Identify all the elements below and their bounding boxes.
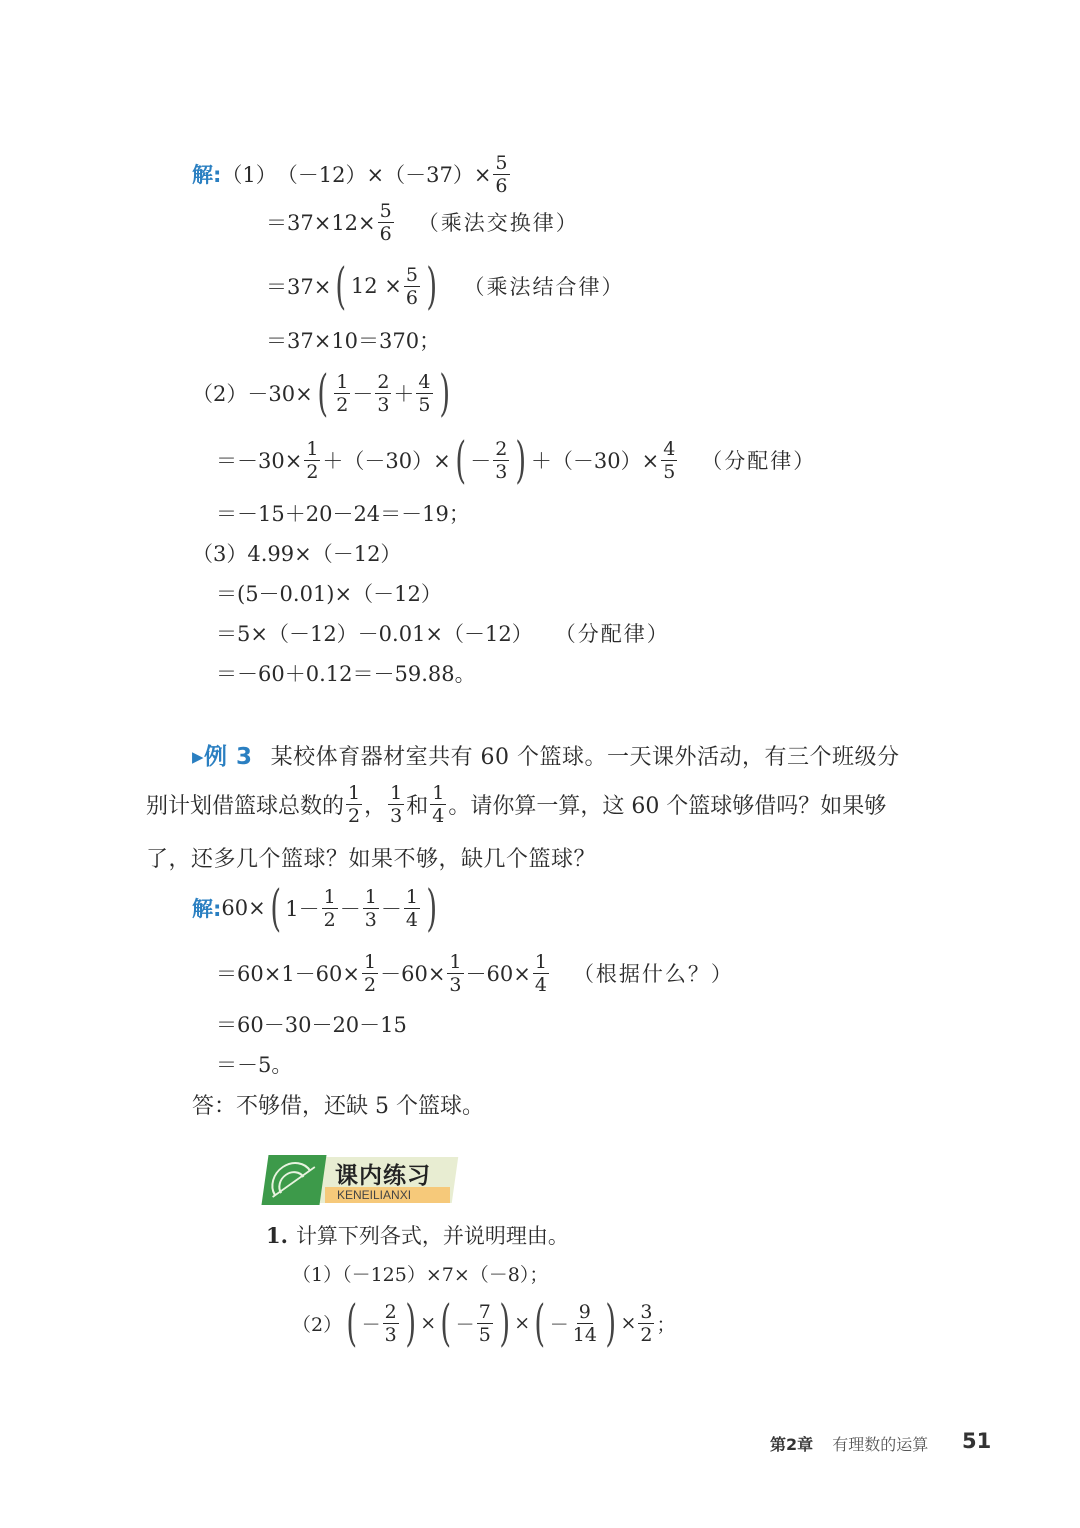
- expression: （－12）×（－37）×: [277, 159, 492, 189]
- fraction: 56: [404, 264, 420, 309]
- example-3-line-1: ▸例 3某校体育器材室共有 60 个篮球。一天课外活动，有三个班级分: [192, 738, 992, 771]
- expression: ＝37×: [266, 271, 331, 301]
- solution-example-3-step-1: ＝60×1－60× 12－60× 13－60× 14 （根据什么？）: [216, 945, 734, 1001]
- expression: ＝37×10＝370；: [266, 325, 440, 355]
- page-number: 51: [962, 1429, 991, 1453]
- law-note: （根据什么？）: [573, 958, 734, 988]
- question-1-part-1: （1）（－125）×7×（－8）；: [292, 1245, 548, 1301]
- example-3-line-2: 别计划借篮球总数的 12， 13和 14。请你算一算，这 60 个篮球够借吗？如…: [146, 776, 886, 832]
- page-footer: 第2章 有理数的运算 51: [770, 1432, 928, 1455]
- solution-1-step-3: ＝37×10＝370；: [266, 312, 440, 368]
- badge-subtitle: KENEILIANXI: [337, 1188, 411, 1202]
- part-number: （2）: [192, 378, 247, 408]
- chapter-name: 有理数的运算: [832, 1435, 928, 1454]
- law-note: （分配律）: [701, 445, 816, 475]
- chapter-label: 第2章: [770, 1435, 813, 1454]
- fraction: 12: [304, 438, 320, 483]
- solution-3-step-3: ＝－60＋0.12＝－59.88。: [216, 645, 476, 701]
- expression: －30×: [247, 378, 312, 408]
- fraction: 45: [661, 438, 677, 483]
- solution-1-step-1: ＝37×12× 56 （乘法交换律）: [266, 194, 579, 250]
- solution-1-step-2: ＝37× ( 12 × 56 ) （乘法结合律）: [266, 258, 624, 314]
- part-number: （1）: [221, 159, 276, 189]
- law-note: （乘法结合律）: [463, 271, 624, 301]
- law-note: （分配律）: [555, 618, 670, 648]
- protractor-icon: [261, 1155, 326, 1205]
- fraction: 12: [334, 371, 350, 416]
- fraction: 23: [493, 438, 509, 483]
- question-1-part-2: （2） (－23)× (－75)× (－914)× 32；: [292, 1295, 675, 1351]
- answer: 答：不够借，还缺 5 个篮球。: [192, 1076, 484, 1132]
- fraction: 23: [375, 371, 391, 416]
- practice-badge: 课内练习 KENEILIANXI: [265, 1155, 455, 1205]
- solution-2-step-1: ＝－30× 12 ＋（－30）× (－ 23 ) ＋（－30）× 45 （分配律…: [216, 432, 816, 488]
- expression: 12 ×: [351, 274, 402, 298]
- example-label: ▸例 3: [192, 744, 253, 770]
- badge-title: 课内练习: [335, 1157, 431, 1190]
- solution-label: 解:: [192, 893, 221, 923]
- fraction: 56: [493, 152, 509, 197]
- law-note: （乘法交换律）: [418, 207, 579, 237]
- fraction: 45: [416, 371, 432, 416]
- solution-example-3-line: 解: 60×(1－ 12－ 13－ 14): [192, 880, 441, 936]
- fraction: 56: [378, 200, 394, 245]
- solution-2-line: （2） －30× ( 12 － 23 ＋ 45 ): [192, 365, 454, 421]
- expression: ＝37×12×: [266, 207, 376, 237]
- example-3-line-3: 了，还多几个篮球？如果不够，缺几个篮球？: [146, 842, 946, 873]
- solution-label: 解:: [192, 159, 221, 189]
